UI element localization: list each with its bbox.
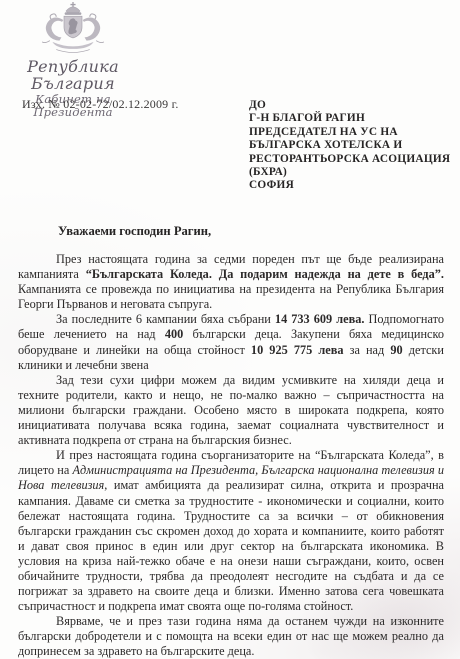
text-run: 10 925 775 лева [251,343,344,357]
text-run: , имат амбицията да реализират силна, от… [18,478,444,613]
text-run: Вярваме, че и през тази година няма да о… [18,614,444,658]
paragraph: Вярваме, че и през тази година няма да о… [18,614,444,659]
text-run: за над [344,343,391,357]
text-run: За последните 6 кампании бяха събрани [56,312,275,326]
letter-body: През настоящата година за седми пореден … [18,252,444,659]
text-run: 14 733 609 лева. [275,312,365,326]
paragraph: Зад тези сухи цифри можем да видим усмив… [18,373,444,448]
text-run: 90 [390,343,402,357]
addressee-line: СОФИЯ [249,179,450,192]
paragraph: През настоящата година за седми пореден … [18,252,444,312]
text-run: 400 [165,327,183,341]
letterhead-country: Република България [0,58,146,92]
bulgarian-coat-of-arms-icon [33,2,113,56]
addressee-line: Г-Н БЛАГОЙ РАГИН [249,112,450,125]
text-run: “Българската Коледа. Да подарим надежда … [86,267,444,281]
addressee-line: (БХРА) [249,166,450,179]
addressee-line: ПРЕДСЕДАТЕЛ НА УС НА [249,126,450,139]
letter-document: Република България Кабинет на Президента… [0,0,460,659]
reference-number: Изх. № 02-02-72/02.12.2009 г. [22,97,179,112]
paragraph: За последните 6 кампании бяха събрани 14… [18,312,444,372]
addressee-line: ДО [249,99,450,112]
paragraph: И през настоящата година съорганизаторит… [18,448,444,614]
addressee-block: ДОГ-Н БЛАГОЙ РАГИНПРЕДСЕДАТЕЛ НА УС НАБЪ… [249,99,450,193]
salutation: Уважаеми господин Рагин, [58,224,444,239]
text-run: Кампанията се провежда по инициатива на … [18,282,444,311]
addressee-line: БЪЛГАРСКА ХОТЕЛСКА И [249,139,450,152]
letter-body-wrap: Уважаеми господин Рагин, През настоящата… [18,224,444,659]
text-run: Зад тези сухи цифри можем да видим усмив… [18,373,444,447]
addressee-line: РЕСТОРАНТЬОРСКА АСОЦИАЦИЯ [249,153,450,166]
